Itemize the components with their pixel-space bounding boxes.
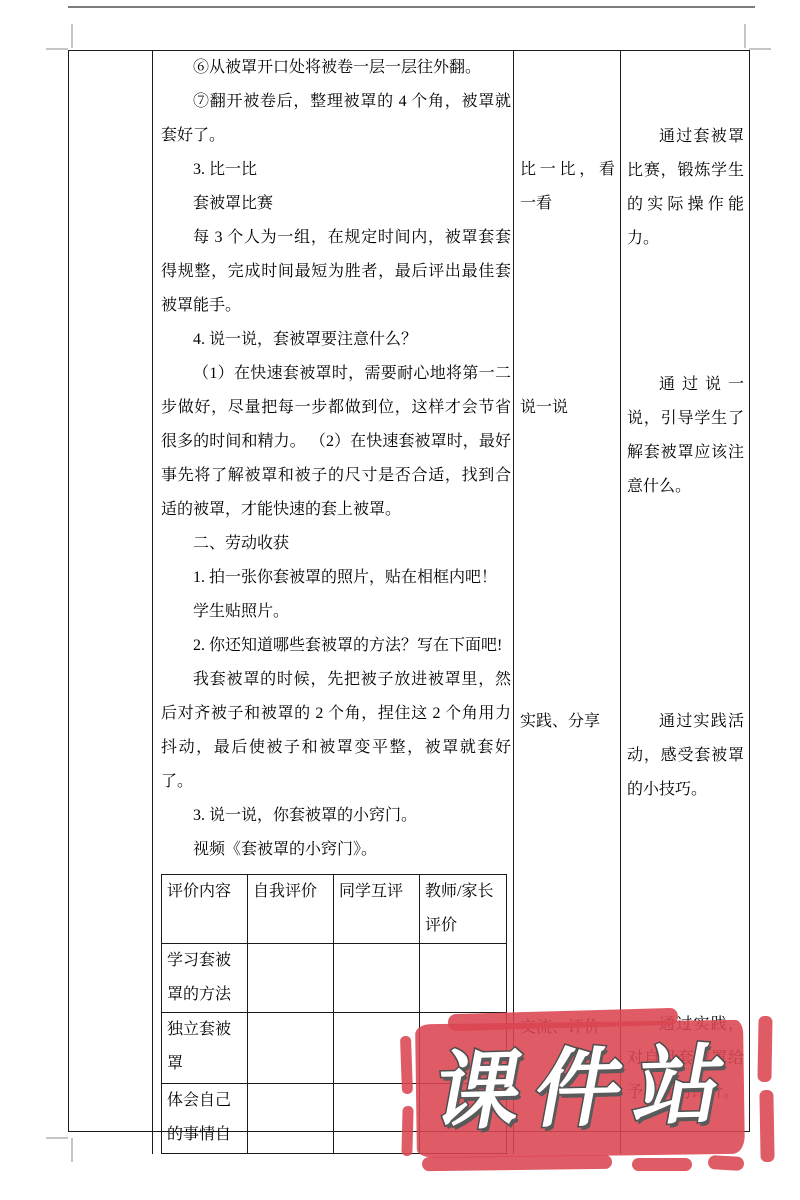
paragraph: 学生贴照片。 (161, 595, 511, 629)
lesson-table: ⑥从被罩开口处将被卷一层一层往外翻。 ⑦翻开被卷后，整理被罩的 4 个角，被罩就… (68, 50, 750, 1132)
eval-cell-empty (420, 944, 507, 1013)
eval-header-cell: 教师/家长评价 (420, 875, 507, 944)
stamp-brush-bottom (422, 1155, 612, 1171)
paragraph: 2. 你还知道哪些套被罩的方法？写在下面吧! (161, 629, 511, 663)
eval-row-label: 独立套被罩 (162, 1013, 248, 1084)
paragraph: 3. 比一比 (161, 153, 511, 187)
kejianzhan-stamp-watermark: 课件站 (396, 1006, 778, 1178)
eval-header-cell: 自我评价 (248, 875, 334, 944)
stamp-brush-left (400, 1036, 413, 1094)
margin-mark-top-right-v (744, 24, 746, 48)
header-rule (68, 6, 755, 8)
activity-item: 说一说 (514, 391, 620, 425)
eval-cell-empty (334, 944, 420, 1013)
eval-header-row: 评价内容 自我评价 同学互评 教师/家长评价 (162, 875, 507, 944)
paragraph: 二、劳动收获 (161, 527, 511, 561)
eval-row: 学习套被罩的方法 (162, 944, 507, 1013)
eval-row-label: 体会自己的事情自 (162, 1084, 248, 1154)
lesson-plan-page: ⑥从被罩开口处将被卷一层一层往外翻。 ⑦翻开被卷后，整理被罩的 4 个角，被罩就… (0, 0, 800, 1200)
paragraph: 视频《套被罩的小窍门》。 (161, 833, 511, 867)
stamp-brush-right-2 (759, 1090, 774, 1162)
paragraph: 套被罩比赛 (161, 187, 511, 221)
intent-item: 通过说一说，引导学生了解套被罩应该注意什么。 (621, 368, 749, 504)
paragraph: 1. 拍一张你套被罩的照片，贴在相框内吧！ (161, 561, 511, 595)
eval-cell-empty (248, 1013, 334, 1084)
intent-item: 通过套被罩比赛，锻炼学生的实际操作能力。 (621, 120, 749, 256)
stamp-brush-bottom-2 (632, 1158, 692, 1171)
paragraph: ⑦翻开被卷后，整理被罩的 4 个角，被罩就套好了。 (161, 85, 511, 153)
column-student-activity: 比一比，看一看 说一说 实践、分享 交流、评价 (514, 51, 621, 1154)
paragraph: 每 3 个人为一组，在规定时间内，被罩套套得规整，完成时间最短为胜者，最后评出最… (161, 221, 511, 323)
paragraph: 我套被罩的时候，先把被子放进被罩里，然后对齐被子和被罩的 2 个角，捏住这 2 … (161, 663, 511, 799)
activity-item: 比一比，看一看 (514, 153, 620, 221)
column-blank (69, 51, 153, 1154)
stamp-brush-bottom-3 (708, 1155, 745, 1171)
margin-mark-bottom-left-h (46, 1137, 68, 1139)
eval-cell-empty (248, 944, 334, 1013)
intent-item: 通过实践活动，感受套被罩的小技巧。 (621, 705, 749, 807)
column-design-intent: 通过套被罩比赛，锻炼学生的实际操作能力。 通过说一说，引导学生了解套被罩应该注意… (621, 51, 749, 1154)
eval-header-cell: 评价内容 (162, 875, 248, 944)
stamp-text: 课件站 (409, 1042, 763, 1137)
activity-item: 实践、分享 (514, 705, 620, 739)
column-teaching-process: ⑥从被罩开口处将被卷一层一层往外翻。 ⑦翻开被卷后，整理被罩的 4 个角，被罩就… (153, 51, 514, 1154)
margin-mark-top-left-h (46, 48, 68, 50)
eval-cell-empty (248, 1084, 334, 1154)
paragraph: 4. 说一说，套被罩要注意什么？ (161, 323, 511, 357)
eval-header-cell: 同学互评 (334, 875, 420, 944)
margin-mark-top-left-v (71, 24, 73, 48)
paragraph: 3. 说一说，你套被罩的小窍门。 (161, 799, 511, 833)
paragraph: ⑥从被罩开口处将被卷一层一层往外翻。 (161, 51, 511, 85)
eval-row-label: 学习套被罩的方法 (162, 944, 248, 1013)
margin-mark-top-right-h (749, 48, 771, 50)
paragraph: （1）在快速套被罩时，需要耐心地将第一二步做好，尽量把每一步都做到位，这样才会节… (161, 357, 511, 527)
